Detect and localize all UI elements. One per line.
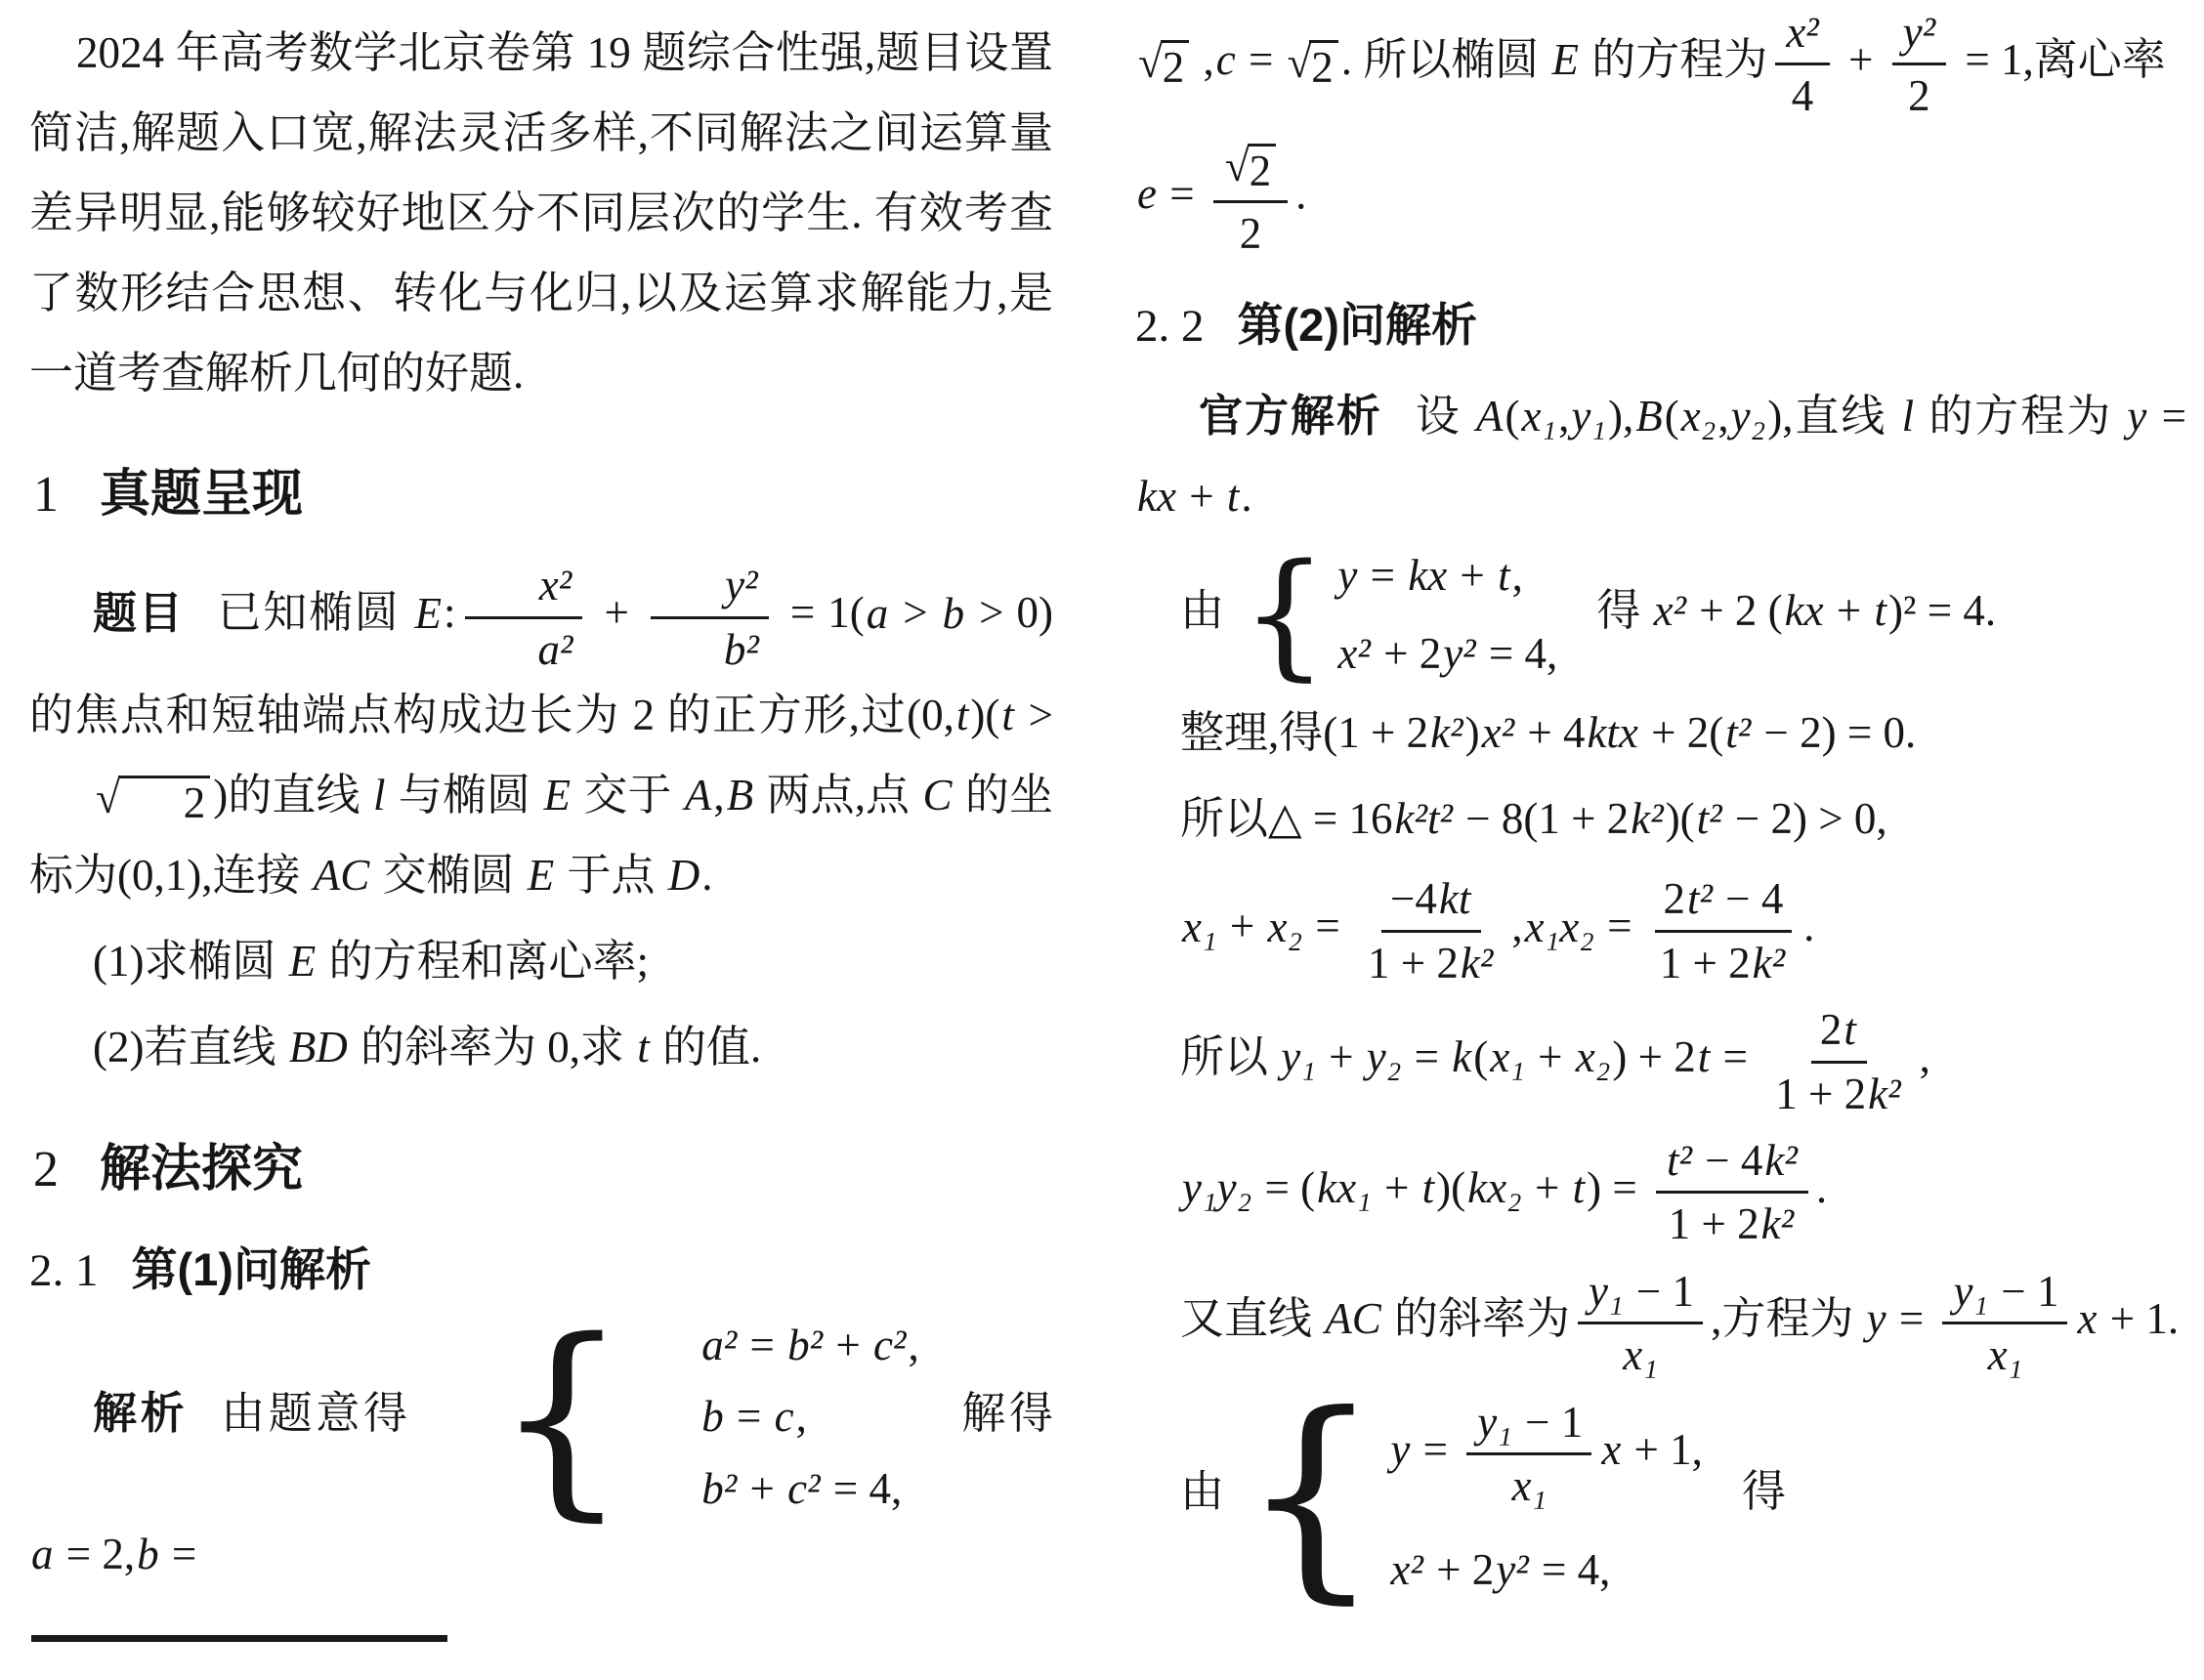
discriminant-inequality: 所以△ = 16k²t² − 8(1 + 2k²)(t² − 2) > 0, <box>1180 779 2186 860</box>
question-2: (2)若直线 BD 的斜率为 0,求 t 的值. <box>29 1008 1053 1088</box>
right-column: √2 ,c = √2. 所以椭圆 E 的方程为x²4 + y²2 = 1,离心率… <box>1135 6 2186 1610</box>
eccentricity-equation: e = √22. <box>1135 137 2186 261</box>
intro-paragraph: 2024 年高考数学北京卷第 19 题综合性强,题目设置简洁,解题入口宽,解法灵… <box>29 14 1053 413</box>
section-1-number: 1 <box>33 467 59 523</box>
section-2-title: 解法探究 <box>100 1141 303 1197</box>
section-1-heading: 1真题呈现 <box>33 452 1053 525</box>
system-1-equation: 由 {y = kx + t,x² + 2y² = 4,得 x² + 2 (kx … <box>1180 551 2186 680</box>
section-2-heading: 2解法探究 <box>33 1127 1053 1200</box>
question-1: (1)求椭圆 E 的方程和离心率; <box>29 922 1053 1002</box>
official-solution-paragraph: 官方解析设 A(x₁,y₁),B(x₂,y₂),直线 l 的方程为 y = kx… <box>1135 376 2186 537</box>
y-product-equation: y₁y₂ = (kx₁ + t)(kx₂ + t) = t² − 4k²1 + … <box>1180 1134 2186 1251</box>
solution-1-paragraph: 解析由题意得 {a² = b² + c²,b = c,b² + c² = 4,解… <box>29 1321 1053 1595</box>
section-2-1-title: 第(1)问解析 <box>132 1243 371 1295</box>
system-2-equation: 由 {y = y₁ − 1x₁x + 1,x² + 2y² = 4,得 <box>1180 1396 2186 1597</box>
footnote-rule <box>31 1635 447 1642</box>
vieta-formulas-equation: x₁ + x₂ = −4kt1 + 2k²,x₁x₂ = 2t² − 41 + … <box>1180 872 2186 989</box>
section-2-2-title: 第(2)问解析 <box>1238 299 1477 351</box>
section-2-1-heading: 2. 1第(1)问解析 <box>29 1234 1053 1299</box>
section-1-title: 真题呈现 <box>100 466 303 523</box>
left-column: 2024 年高考数学北京卷第 19 题综合性强,题目设置简洁,解题入口宽,解法灵… <box>29 14 1053 1601</box>
article-page: 2024 年高考数学北京卷第 19 题综合性强,题目设置简洁,解题入口宽,解法灵… <box>0 0 2204 1680</box>
ellipse-equation-continuation: √2 ,c = √2. 所以椭圆 E 的方程为x²4 + y²2 = 1,离心率 <box>1135 6 2186 123</box>
y-sum-equation: 所以 y₁ + y₂ = k(x₁ + x₂) + 2t = 2t1 + 2k²… <box>1180 1003 2186 1120</box>
rearranged-equation: 整理,得(1 + 2k²)x² + 4ktx + 2(t² − 2) = 0. <box>1180 693 2186 774</box>
line-ac-slope-equation: 又直线 AC 的斜率为y₁ − 1x₁,方程为 y = y₁ − 1x₁x + … <box>1180 1265 2186 1382</box>
section-2-1-number: 2. 1 <box>29 1245 99 1296</box>
section-2-2-heading: 2. 2第(2)问解析 <box>1135 289 2186 355</box>
section-2-number: 2 <box>33 1142 59 1197</box>
problem-statement: 题目已知椭圆 E:x²a² + y²b² = 1(a > b > 0)的焦点和短… <box>29 559 1053 915</box>
section-2-2-number: 2. 2 <box>1135 301 1205 352</box>
